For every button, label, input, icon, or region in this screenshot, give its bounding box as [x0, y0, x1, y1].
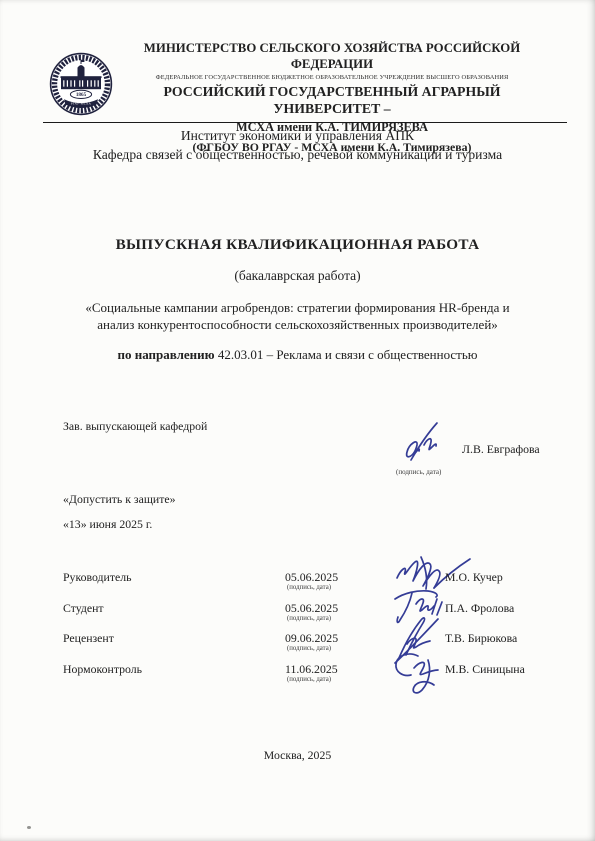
signer-date: 05.06.2025 — [285, 570, 338, 585]
study-direction-value: 42.03.01 – Реклама и связи с общественно… — [218, 347, 478, 362]
signer-role: Руководитель — [63, 570, 132, 585]
work-subtype: (бакалаврская работа) — [0, 268, 595, 284]
fgbou-line: ФЕДЕРАЛЬНОЕ ГОСУДАРСТВЕННОЕ БЮДЖЕТНОЕ ОБ… — [112, 74, 552, 82]
university-emblem-icon: 1865 РГАУ-МСХА — [49, 52, 113, 116]
signature-caption: (подпись, дата) — [287, 676, 331, 683]
signer-role: Рецензент — [63, 631, 114, 646]
admit-to-defense-text: «Допустить к защите» — [63, 492, 176, 507]
ministry-line: МИНИСТЕРСТВО СЕЛЬСКОГО ХОЗЯЙСТВА РОССИЙС… — [112, 41, 552, 73]
scan-artifact-speck — [27, 826, 31, 829]
chair-signature-scribble — [398, 414, 450, 468]
signer-date: 05.06.2025 — [285, 601, 338, 616]
university-name-line1: РОССИЙСКИЙ ГОСУДАРСТВЕННЫЙ АГРАРНЫЙ УНИВ… — [112, 83, 552, 117]
signer-name: Т.В. Бирюкова — [445, 631, 517, 646]
department-line: Кафедра связей с общественностью, речево… — [0, 147, 595, 163]
signer-role: Нормоконтроль — [63, 662, 142, 677]
chair-signature-caption: (подпись, дата) — [396, 468, 441, 476]
thesis-title-page: 1865 РГАУ-МСХА МИНИСТЕРСТВО СЕЛЬСКОГО ХО… — [0, 0, 595, 841]
work-title-line2: анализ конкурентоспособности сельскохозя… — [0, 317, 595, 333]
study-direction: по направлению 42.03.01 – Реклама и связ… — [0, 347, 595, 363]
institute-line: Институт экономики и управления АПК — [0, 128, 595, 144]
emblem-year: 1865 — [76, 92, 87, 98]
work-title-line1: «Социальные кампании агробрендов: страте… — [0, 300, 595, 316]
chair-label: Зав. выпускающей кафедрой — [63, 419, 207, 434]
emblem-ribbon-text: РГАУ-МСХА — [71, 102, 92, 106]
chair-name: Л.В. Евграфова — [462, 442, 540, 457]
signature-scribble — [388, 647, 446, 697]
work-type-heading: ВЫПУСКНАЯ КВАЛИФИКАЦИОННАЯ РАБОТА — [0, 236, 595, 254]
signer-name: П.А. Фролова — [445, 601, 514, 616]
admit-date: «13» июня 2025 г. — [63, 517, 152, 532]
signer-name: М.В. Синицына — [445, 662, 525, 677]
header-divider — [43, 122, 567, 123]
signer-name: М.О. Кучер — [445, 570, 503, 585]
signature-caption: (подпись, дата) — [287, 584, 331, 591]
signer-role: Студент — [63, 601, 104, 616]
city-year: Москва, 2025 — [0, 748, 595, 763]
signer-date: 09.06.2025 — [285, 631, 338, 646]
study-direction-label: по направлению — [117, 347, 214, 362]
signature-caption: (подпись, дата) — [287, 615, 331, 622]
signature-caption: (подпись, дата) — [287, 645, 331, 652]
signer-date: 11.06.2025 — [285, 662, 338, 677]
